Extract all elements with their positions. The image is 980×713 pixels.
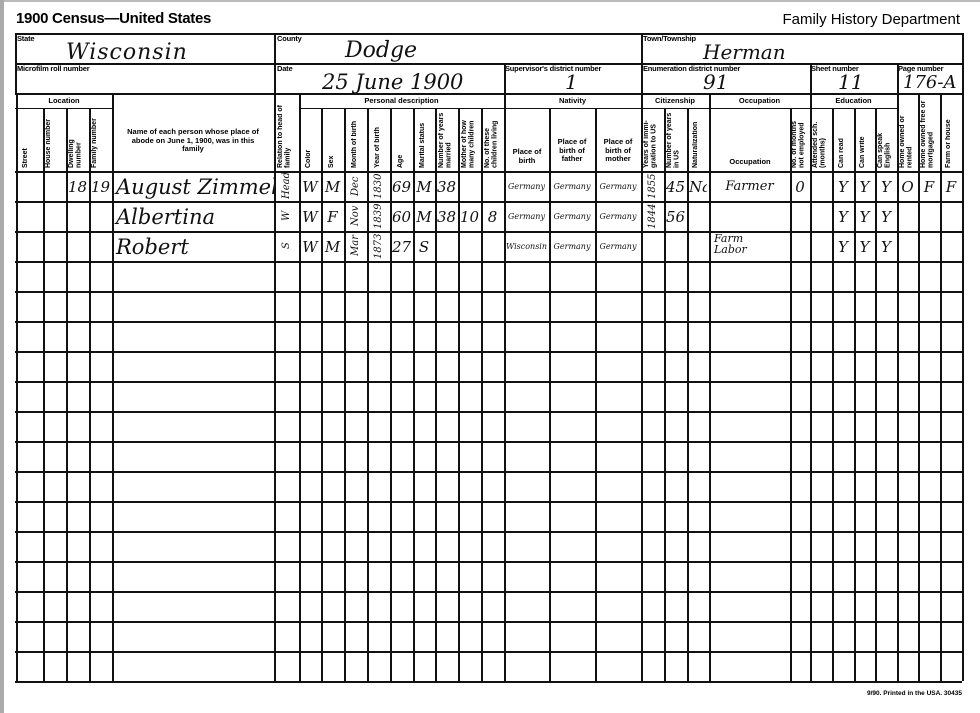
grid-row-line (15, 501, 962, 503)
department-name: Family History Department (782, 11, 960, 28)
col-children-living: No. of these children living (484, 110, 502, 168)
cell-children-living[interactable] (483, 173, 502, 199)
cell-years-married[interactable]: 38 (437, 203, 456, 229)
cell-color[interactable]: W (301, 173, 319, 199)
date-value[interactable]: 25 June 1900 (322, 70, 463, 94)
cell-naturalization[interactable]: Na (689, 173, 707, 199)
col-owned-free: Home owned free or mortgaged (920, 98, 938, 168)
cell-family[interactable] (91, 233, 110, 259)
scan-left-edge (0, 0, 4, 713)
cell-name[interactable]: August Zimmel (114, 173, 274, 199)
grid-row-line (15, 651, 962, 653)
grid-column-line (962, 33, 964, 681)
col-year-birth: Year of birth (374, 112, 386, 168)
cell-children-living[interactable] (483, 233, 502, 259)
cell-can-read[interactable]: Y (834, 173, 852, 199)
cell-year-birth[interactable]: 1839 (369, 203, 388, 229)
col-can-speak-english: Can speak English (877, 112, 895, 168)
grid-row-line (15, 681, 962, 683)
supervisor-value[interactable]: 1 (565, 70, 578, 94)
rule-v-town (641, 33, 643, 93)
col-name: Name of each person whose place of abode… (125, 128, 261, 154)
cell-occupation[interactable]: Farm Labor (711, 233, 791, 259)
form-title: 1900 Census—United States (16, 10, 211, 27)
cell-years-married[interactable]: 38 (437, 173, 456, 199)
cell-can-read[interactable]: Y (834, 203, 852, 229)
cell-month-birth[interactable]: Mar (346, 233, 365, 259)
cell-occupation[interactable]: Farmer (711, 173, 788, 199)
col-naturalization: Naturalization (692, 112, 704, 168)
cell-immigration-year[interactable]: 1855 (643, 173, 662, 199)
col-sex: Sex (328, 112, 340, 168)
cell-street[interactable] (18, 173, 41, 199)
cell-children-living[interactable]: 8 (483, 203, 502, 229)
cell-color[interactable]: W (301, 203, 319, 229)
cell-can-speak-english[interactable]: Y (877, 173, 895, 199)
col-birth-place: Place of birth (506, 148, 548, 165)
grid-edge-line (15, 33, 17, 93)
cell-home-owned[interactable] (899, 233, 916, 259)
col-immigration-year: Years of immi- gration to US (643, 112, 662, 168)
cell-farm-house[interactable] (942, 203, 960, 229)
col-years-married: Number of years married (438, 112, 456, 168)
cell-marital[interactable]: M (415, 203, 433, 229)
col-occupation: Occupation (712, 158, 788, 167)
cell-can-speak-english[interactable]: Y (877, 233, 895, 259)
cell-years-married[interactable] (437, 233, 456, 259)
col-color: Color (305, 112, 317, 168)
grid-row-line (15, 381, 962, 383)
cell-mother-birth[interactable]: Germany (597, 173, 639, 199)
cell-marital[interactable]: S (415, 233, 433, 259)
rule-v-supervisor (504, 63, 506, 93)
cell-can-write[interactable]: Y (856, 173, 873, 199)
cell-age[interactable]: 69 (392, 173, 411, 199)
cell-can-read[interactable]: Y (834, 233, 852, 259)
cell-family[interactable]: 191 (91, 173, 110, 199)
cell-sex[interactable]: M (323, 173, 342, 199)
cell-age[interactable]: 27 (392, 233, 411, 259)
cell-owned-free[interactable]: F (920, 173, 938, 199)
cell-house[interactable] (45, 233, 64, 259)
cell-mother-birth[interactable]: Germany (597, 203, 639, 229)
rule-v-page (897, 63, 899, 93)
date-label: Date (277, 65, 292, 73)
group-personal: Personal description (299, 94, 504, 108)
cell-father-birth[interactable]: Germany (551, 203, 593, 229)
state-label: State (17, 35, 34, 43)
grid-row-line (15, 261, 962, 263)
cell-birth-place[interactable]: Germany (506, 203, 547, 229)
grid-row-line (15, 411, 962, 413)
group-education: Education (810, 94, 897, 108)
cell-mother-children[interactable]: 10 (460, 203, 479, 229)
cell-sex[interactable]: F (323, 203, 342, 229)
rule-row1 (15, 63, 962, 65)
cell-sex[interactable]: M (323, 233, 342, 259)
cell-months-unemployed[interactable] (792, 203, 808, 229)
cell-mother-birth[interactable]: Germany (597, 233, 639, 259)
cell-immigration-year[interactable] (643, 233, 662, 259)
cell-owned-free[interactable] (920, 203, 938, 229)
cell-years-in-us[interactable]: 56 (666, 203, 685, 229)
group-citizenship: Citizenship (641, 94, 709, 108)
col-can-read: Can read (838, 112, 850, 168)
cell-mother-children[interactable] (460, 233, 479, 259)
cell-family[interactable] (91, 203, 110, 229)
cell-dwelling[interactable] (68, 233, 87, 259)
cell-can-write[interactable]: Y (856, 233, 873, 259)
grid-row-line (15, 561, 962, 563)
scan-top-edge (0, 0, 980, 2)
supervisor-label: Supervisor's district number (505, 65, 601, 73)
cell-relation[interactable]: S (276, 233, 297, 259)
grid-row-line (15, 621, 962, 623)
cell-name[interactable]: Albertina (114, 203, 274, 229)
cell-years-in-us[interactable] (666, 233, 685, 259)
rule-group-location (15, 108, 112, 109)
col-father-birth: Place of birth of father (551, 138, 593, 164)
grid-row-line (15, 531, 962, 533)
cell-home-owned[interactable]: O (899, 173, 916, 199)
col-years-in-us: Number of years in US (666, 112, 685, 168)
col-mother-children: Mother of how many children (461, 110, 479, 168)
col-street: Street (22, 112, 36, 168)
enumeration-value[interactable]: 91 (703, 70, 728, 94)
cell-can-speak-english[interactable]: Y (877, 203, 895, 229)
col-home-owned: Home owned or rented (899, 110, 917, 168)
town-value[interactable]: Herman (703, 40, 786, 64)
state-value[interactable]: Wisconsin (66, 40, 188, 65)
cell-attended-school[interactable] (812, 173, 830, 199)
rule-v-county (274, 33, 276, 93)
cell-attended-school[interactable] (812, 233, 830, 259)
col-months-unemployed: No. of months not employed (791, 110, 809, 168)
cell-relation[interactable]: W (276, 203, 297, 229)
cell-father-birth[interactable]: Germany (551, 173, 593, 199)
col-attended-school: Attended sch. (months) (812, 112, 830, 168)
cell-can-write[interactable]: Y (856, 203, 873, 229)
col-mother-birth: Place of birth of mother (597, 138, 639, 164)
cell-color[interactable]: W (301, 233, 319, 259)
cell-years-in-us[interactable]: 45 (666, 173, 685, 199)
grid-row-line (15, 471, 962, 473)
cell-house[interactable] (45, 173, 64, 199)
col-house: House number (45, 112, 63, 168)
cell-marital[interactable]: M (415, 173, 433, 199)
cell-birth-place[interactable]: Germany (506, 173, 547, 199)
grid-row-line (15, 441, 962, 443)
col-can-write: Can write (859, 112, 871, 168)
group-location: Location (16, 94, 112, 108)
cell-attended-school[interactable] (812, 203, 830, 229)
cell-mother-children[interactable] (460, 173, 479, 199)
county-label: County (277, 35, 302, 43)
county-value[interactable]: Dodge (345, 38, 417, 63)
grid-row-line (15, 351, 962, 353)
grid-row-line (15, 591, 962, 593)
print-footer: 9/90. Printed in the USA. 30435 (867, 690, 962, 697)
col-dwelling: Dwelling number (68, 112, 86, 168)
cell-occupation[interactable] (711, 203, 788, 229)
cell-year-birth[interactable]: 1873 (369, 233, 388, 259)
cell-birth-place[interactable]: Wisconsin (506, 233, 547, 259)
col-age: Age (397, 112, 409, 168)
grid-row-line (15, 291, 962, 293)
col-relation: Relation to head of family (277, 100, 295, 168)
grid-row-line (15, 321, 962, 323)
cell-farm-house[interactable] (942, 233, 960, 259)
cell-street[interactable] (18, 203, 41, 229)
cell-father-birth[interactable]: Germany (551, 233, 593, 259)
cell-home-owned[interactable] (899, 203, 916, 229)
cell-farm-house[interactable]: F (942, 173, 960, 199)
cell-dwelling[interactable]: 188 (68, 173, 87, 199)
col-month-birth: Month of birth (351, 112, 363, 168)
cell-relation[interactable]: Head (276, 173, 297, 199)
page-value[interactable]: 176-A (903, 72, 956, 93)
cell-month-birth[interactable]: Nov (346, 203, 365, 229)
col-marital: Marital status (419, 112, 431, 168)
col-farm-house: Farm or house (945, 110, 957, 168)
sheet-value[interactable]: 11 (838, 70, 863, 94)
col-family: Family number (91, 112, 109, 168)
cell-month-birth[interactable]: Dec (346, 173, 365, 199)
cell-age[interactable]: 60 (392, 203, 411, 229)
cell-months-unemployed[interactable]: 0 (792, 173, 808, 199)
group-nativity: Nativity (504, 94, 641, 108)
cell-street[interactable] (18, 233, 41, 259)
cell-immigration-year[interactable]: 1844 (643, 203, 662, 229)
rule-top (15, 33, 962, 35)
microfilm-label: Microfilm roll number (17, 65, 89, 73)
town-label: Town/Township (643, 35, 696, 43)
cell-naturalization[interactable] (689, 203, 707, 229)
cell-owned-free[interactable] (920, 233, 938, 259)
cell-months-unemployed[interactable] (792, 233, 808, 259)
cell-year-birth[interactable]: 1830 (369, 173, 388, 199)
cell-name[interactable]: Robert (114, 233, 274, 259)
rule-v-sheet (810, 63, 812, 93)
cell-naturalization[interactable] (689, 233, 707, 259)
rule-group-main (299, 108, 897, 109)
cell-dwelling[interactable] (68, 203, 87, 229)
group-occupation: Occupation (709, 94, 810, 108)
cell-house[interactable] (45, 203, 64, 229)
